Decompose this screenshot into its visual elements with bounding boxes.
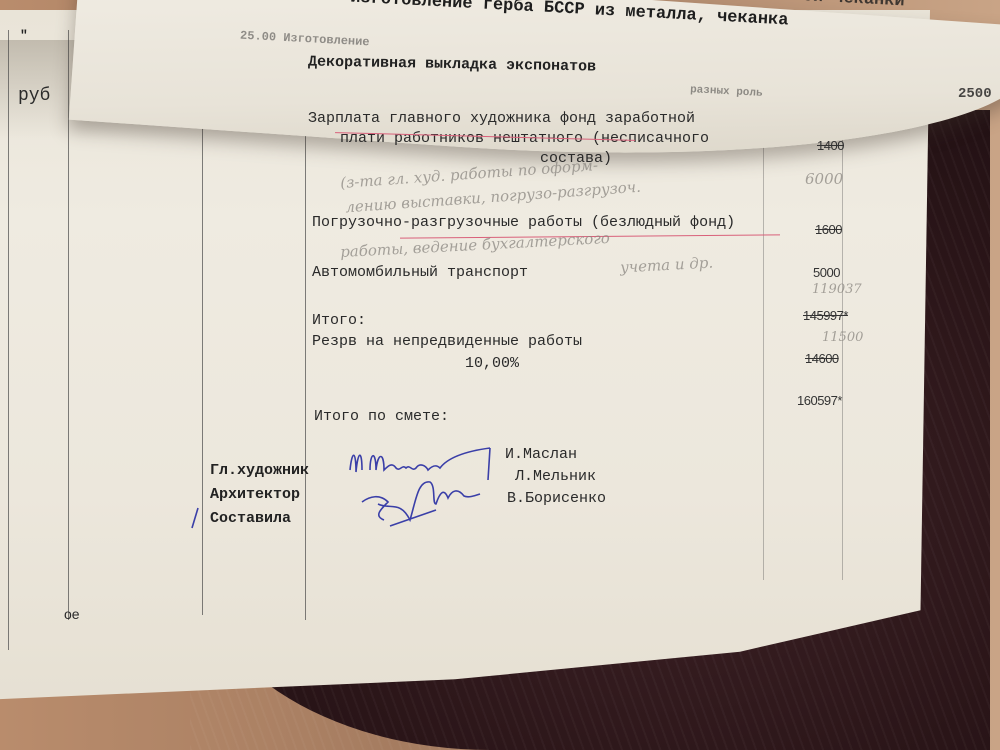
reserve-amount: 14600 [805,351,839,366]
column-rule [8,30,9,650]
signature-role: Архитектор [210,486,300,503]
grand-total-label: Итого по смете: [314,408,449,425]
grand-total-amount: 160597* [797,393,842,408]
quote-mark: " [20,28,28,43]
column-rule [305,60,306,620]
pen-tick-mark-icon [188,506,202,530]
item-2-amount: 1600 [815,222,842,237]
item-1-amount: 1400 [817,138,844,153]
overleaf-amount: 2500 [958,86,992,102]
bottom-label: ое [64,606,80,622]
reserve-label: Резрв на непредвиденные работы [312,333,582,350]
signature-role: Составила [210,510,291,527]
item-1-line-1: Зарплата главного художника фонд заработ… [308,110,695,127]
item-1-handwritten-amount: 6000 [805,170,843,188]
item-2-line-1: Погрузочно-разгрузочные работы (безлюдны… [312,214,735,231]
handwritten-signature-icon [340,440,510,540]
unit-label: руб [18,86,50,106]
subtotal-label: Итого: [312,312,366,329]
subtotal-amount: 145997* [803,308,848,323]
column-rule [842,120,843,580]
column-rule [763,120,764,580]
signature-role: Гл.художник [210,462,309,479]
reserve-percent: 10,00% [465,355,519,372]
signature-name: Л.Мельник [515,468,596,485]
subtotal-handwritten-amount: 119037 [812,282,862,297]
signature-name: В.Борисенко [507,490,606,507]
item-1-line-2: плати работников нештатного (несписачног… [340,130,709,147]
signature-name: И.Маслан [505,446,577,463]
item-3-amount: 5000 [813,265,840,280]
reserve-handwritten-amount: 11500 [822,330,863,345]
item-3-line-1: Автомомбильный транспорт [312,264,528,281]
